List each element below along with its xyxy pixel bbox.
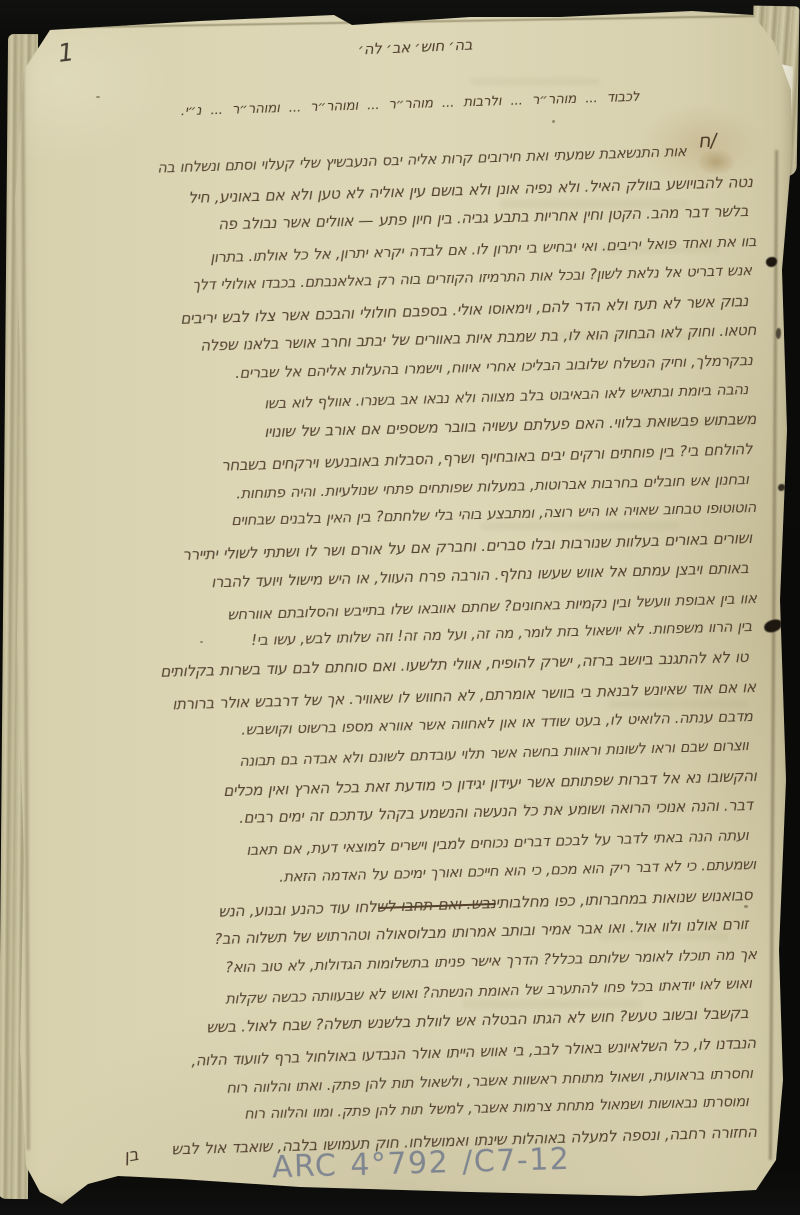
manuscript-line: נבקרמלך, וחיק הנשלח שלובוב הבליכו אחרי א…	[235, 351, 753, 382]
manuscript-line: הנבדנו לו, כל השלאיונש באולר לבב, בי אוו…	[191, 1034, 756, 1070]
manuscript-line: חטאו. וחוק לאו הבחוק הוא לו, בת שמבת איו…	[200, 321, 756, 355]
manuscript-page: 1 בה׳ חוש׳ אב׳ לה׳ לכבוד ... מוהר״ר ... …	[0, 0, 800, 1215]
manuscript-line: אות התנשאבת שמעתי ואת חירובים קרות אליה …	[157, 143, 686, 177]
manuscript-line: נבוק אשר לא תעז ולא הדר להם, וימאוסו אול…	[180, 292, 748, 328]
paper-speck	[552, 120, 555, 123]
manuscript-line: ושמעתם. כי לא דבר ריק הוא מכם, כי הוא חי…	[279, 856, 756, 886]
manuscript-line: להולחם בי? בין פוחתים ורקים יבים באובחיו…	[221, 440, 752, 475]
paper-speck	[744, 905, 748, 908]
manuscript-line: בין הרוו משפחות. לא יושאול בזת לומר, מה …	[251, 618, 752, 649]
manuscript-line: או אם אוד שאיונש לבנאת בי בוושר אומרתם, …	[172, 678, 756, 713]
manuscript-line: בוו את ואחד פואל יריבים. ואי יבחיש בי ית…	[210, 232, 756, 266]
manuscript-line: אוו בין אבופת וועשל ובין נקמיות באחונים?…	[227, 589, 757, 624]
manuscript-line: ובחנון אש חובלים בחרבות אברוטות, במעלות …	[235, 470, 748, 502]
manuscript-line: ווצרום שבם וראו לשונות וראוות בחשה אשר ת…	[239, 737, 749, 770]
manuscript-line: זורם אולנו ולוו אול. ואו אבר אמיר ובותב …	[214, 915, 748, 948]
manuscript-line: ואוש לאו יודאתו בכל פחו להתערב של האומת …	[225, 975, 752, 1008]
manuscript-line: אך מה תוכלו לאומר שלותם בכלל? הדרך אישר …	[225, 945, 757, 976]
manuscript-line: וחסרתו בראועות, ושאול מתוחת ראשוות אשבר,…	[225, 1064, 752, 1097]
manuscript-line: הוטוטופו טבחוב שאויה או היש רוצה, ומתבצע…	[231, 499, 756, 529]
paper-speck	[200, 641, 203, 643]
manuscript-line: נטה להבויושע בוולק האיל. ולא נפיה אונן ו…	[188, 173, 753, 207]
manuscript-lines: אות התנשאבת שמעתי ואת חירובים קרות אליה …	[0, 0, 800, 1215]
manuscript-line: והקשובו נא אל דברות שפתותם אשר יעידון יג…	[223, 767, 757, 800]
manuscript-line: אנש דבריט אל נלאת לשון? ובכל אות התרמיזו…	[192, 262, 752, 294]
manuscript-line: בלשר דבר מהב. הקטן וחין אחריות בתבע גביה…	[218, 202, 748, 233]
manuscript-line: ומוסרתו נבאושות ושמאול מתחת צרמות אשבר, …	[244, 1093, 749, 1123]
manuscript-line: ועתה הנה באתי לדבר על לבכם דברים נכוחים …	[246, 826, 749, 859]
manuscript-line: באותם ויבצן עמתם אל אווש שעשו נחלף. הורב…	[211, 559, 749, 591]
manuscript-line: ושורים באורים בעלוות שנורבות ובלו סברים.…	[182, 529, 752, 564]
manuscript-scan: 1 בה׳ חוש׳ אב׳ לה׳ לכבוד ... מוהר״ר ... …	[0, 0, 800, 1215]
manuscript-line: משבתוש פבשואת בלווי. האם פעלתם עשויה בוו…	[264, 410, 756, 441]
manuscript-line: דבר. והנה אנוכי הרואה ושומע את כל הנעשה …	[238, 796, 752, 827]
manuscript-line: נהבה ביומת ובתאיש לאו הבאיבוט בלב מצווה …	[264, 381, 748, 412]
manuscript-line: בקשבל ובשוב טעש? חוש לא הגתו הבטלה אש לו…	[206, 1004, 749, 1036]
manuscript-line: מדבם ענתה. הלואיט לו, בעט שודד או און לא…	[240, 707, 752, 739]
paper-speck	[96, 96, 100, 98]
manuscript-line: טו לא להתגנב ביושב ברזה, ישרק להופיח, או…	[160, 648, 748, 681]
